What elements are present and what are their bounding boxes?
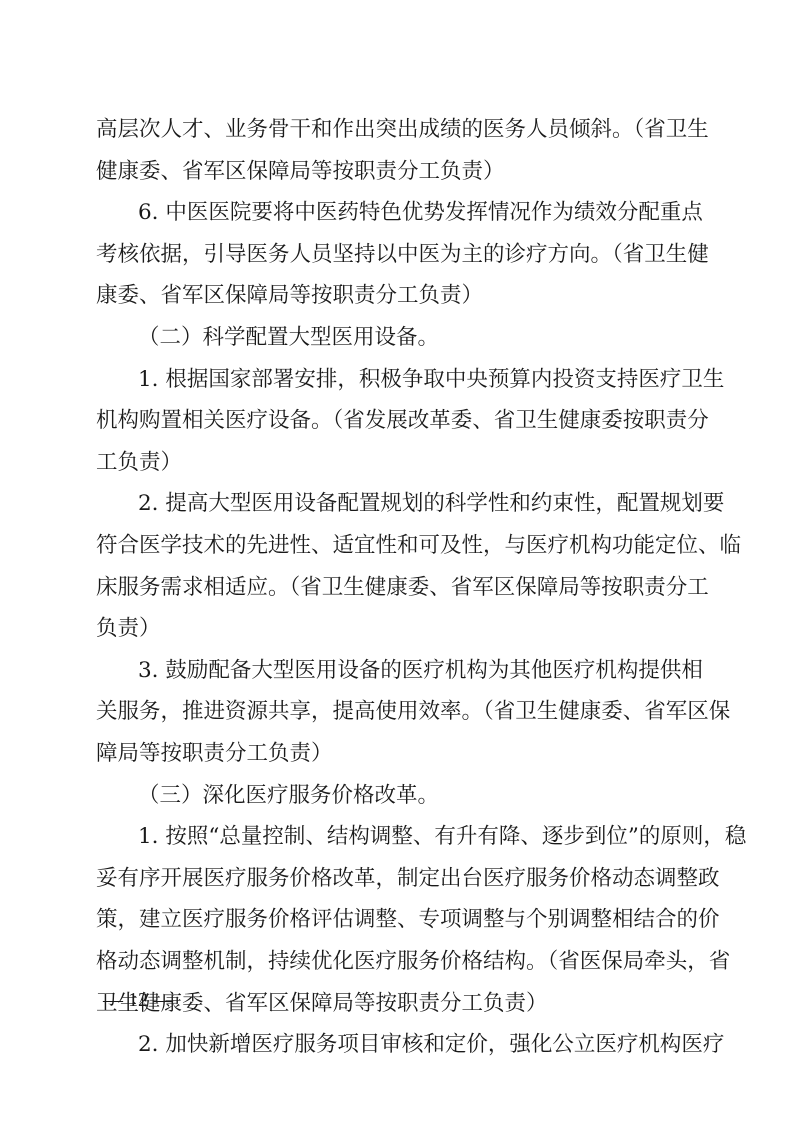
text-line: 机构购置相关医疗设备。（省发展改革委、省卫生健康委按职责分: [96, 407, 702, 435]
text-line: 考核依据，引导医务人员坚持以中医为主的诊疗方向。（省卫生健: [96, 241, 702, 269]
text-line: 1. 按照“总量控制、结构调整、有升有降、逐步到位”的原则，稳: [138, 823, 702, 851]
text-line: 3. 鼓励配备大型医用设备的医疗机构为其他医疗机构提供相: [138, 657, 702, 685]
text-line: 关服务，推进资源共享，提高使用效率。（省卫生健康委、省军区保: [96, 698, 702, 726]
text-line: 策，建立医疗服务价格评估调整、专项调整与个别调整相结合的价: [96, 906, 702, 934]
text-line: 卫生健康委、省军区保障局等按职责分工负责）: [96, 990, 702, 1018]
text-line: 康委、省军区保障局等按职责分工负责）: [96, 282, 702, 310]
text-line: 障局等按职责分工负责）: [96, 740, 702, 768]
text-line: 符合医学技术的先进性、适宜性和可及性，与医疗机构功能定位、临: [96, 532, 702, 560]
text-line: （二）科学配置大型医用设备。: [138, 324, 702, 352]
text-line: 格动态调整机制，持续优化医疗服务价格结构。（省医保局牵头，省: [96, 948, 702, 976]
document-page: 高层次人才、业务骨干和作出突出成绩的医务人员倾斜。（省卫生健康委、省军区保障局等…: [0, 0, 793, 1122]
text-line: 健康委、省军区保障局等按职责分工负责）: [96, 158, 702, 186]
text-line: 2. 加快新增医疗服务项目审核和定价，强化公立医疗机构医疗: [138, 1031, 702, 1059]
text-line: 床服务需求相适应。（省卫生健康委、省军区保障局等按职责分工: [96, 574, 702, 602]
text-line: 高层次人才、业务骨干和作出突出成绩的医务人员倾斜。（省卫生: [96, 116, 702, 144]
page-number: — 12 —: [103, 988, 173, 1012]
text-line: 6. 中医医院要将中医药特色优势发挥情况作为绩效分配重点: [138, 199, 702, 227]
text-line: （三）深化医疗服务价格改革。: [138, 782, 702, 810]
text-line: 妥有序开展医疗服务价格改革，制定出台医疗服务价格动态调整政: [96, 865, 702, 893]
text-line: 1. 根据国家部署安排，积极争取中央预算内投资支持医疗卫生: [138, 366, 702, 394]
text-line: 2. 提高大型医用设备配置规划的科学性和约束性，配置规划要: [138, 490, 702, 518]
text-line: 负责）: [96, 615, 702, 643]
text-line: 工负责）: [96, 449, 702, 477]
